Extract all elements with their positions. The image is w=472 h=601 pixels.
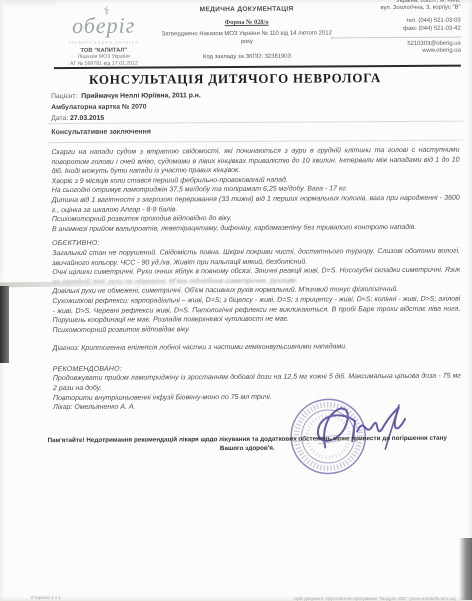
ambulatory-card-number: Амбулаторна картка № 2070 [51,101,201,113]
recommendation-paragraph: Продовжувати прийом ламотриджіну із зрос… [53,372,461,394]
objective-paragraph: Загальний стан не порушений. Свідомість … [52,247,460,269]
scan-edge-left [0,286,9,363]
website: www.oberig.ua [321,48,461,56]
contacts-divider [331,36,461,38]
patient-block: Пацієнт: Приймачук Неллі Юріївна, 2011 р… [51,90,201,124]
patient-line: Пацієнт: Приймачук Неллі Юріївна, 2011 р… [51,90,201,102]
patient-warning-note: Пам'ятайте! Недотримання рекомендацій лі… [47,435,447,455]
zkpo-code: Код закладу за ЗКПО: 32381903 [157,53,337,60]
approval-note: Затверджено Наказом МОЗ України № 110 ві… [157,30,337,46]
form-info-block: МЕДИЧНА ДОКУМЕНТАЦІЯ Форма № 028/о Затве… [157,5,337,60]
date-label: Дата: [51,115,68,122]
anamnesis-paragraph: Дитина від 1 вагітності з загрозою перер… [52,194,460,216]
objective-paragraph: Сухожилкові рефлекси: карпорадіальні – ж… [52,295,460,326]
page-title: КОНСУЛЬТАЦІЯ ДИТЯЧОГО НЕВРОЛОГА [0,70,471,89]
page-number: Сторінка 1 з 1 [31,595,61,600]
section-divider [47,140,463,144]
clinic-logo-block: оберіг ⚕ УНІВЕРСАЛЬНА КЛІНІКА ТОВ "КАПИТ… [54,6,154,68]
caduceus-icon: ⚕ [104,5,110,18]
scan-edge-right [459,538,472,600]
patient-label: Пацієнт: [51,93,77,100]
form-number: Форма № 028/о [157,18,337,26]
conclusion-heading: Консультативне заключення [51,129,151,137]
fax: факс (044) 521-03-42 [321,25,461,33]
patient-name: Приймачук Неллі Юріївна, 2011 р.н. [81,92,201,100]
clinic-logo: оберіг ⚕ [54,6,154,47]
anamnesis-paragraph: Скарги на напади судом з втратою свідомо… [51,146,459,177]
date-value: 27.03.2015 [70,115,104,122]
doctor-signature-line: Лікар: Омельяненко А. А. [53,401,461,413]
scanned-document-page: оберіг ⚕ УНІВЕРСАЛЬНА КЛІНІКА ТОВ "КАПИТ… [0,0,472,600]
clinic-contacts-block: Україна, 03057, м. Київ, вул. Зоологічна… [321,0,461,56]
generator-note: Цей документ підготовлено програмою "Мод… [294,596,456,600]
address-line-2: вул. Зоологічна, 3, корпус "В" [321,5,461,13]
doc-type-label: МЕДИЧНА ДОКУМЕНТАЦІЯ [157,5,337,13]
